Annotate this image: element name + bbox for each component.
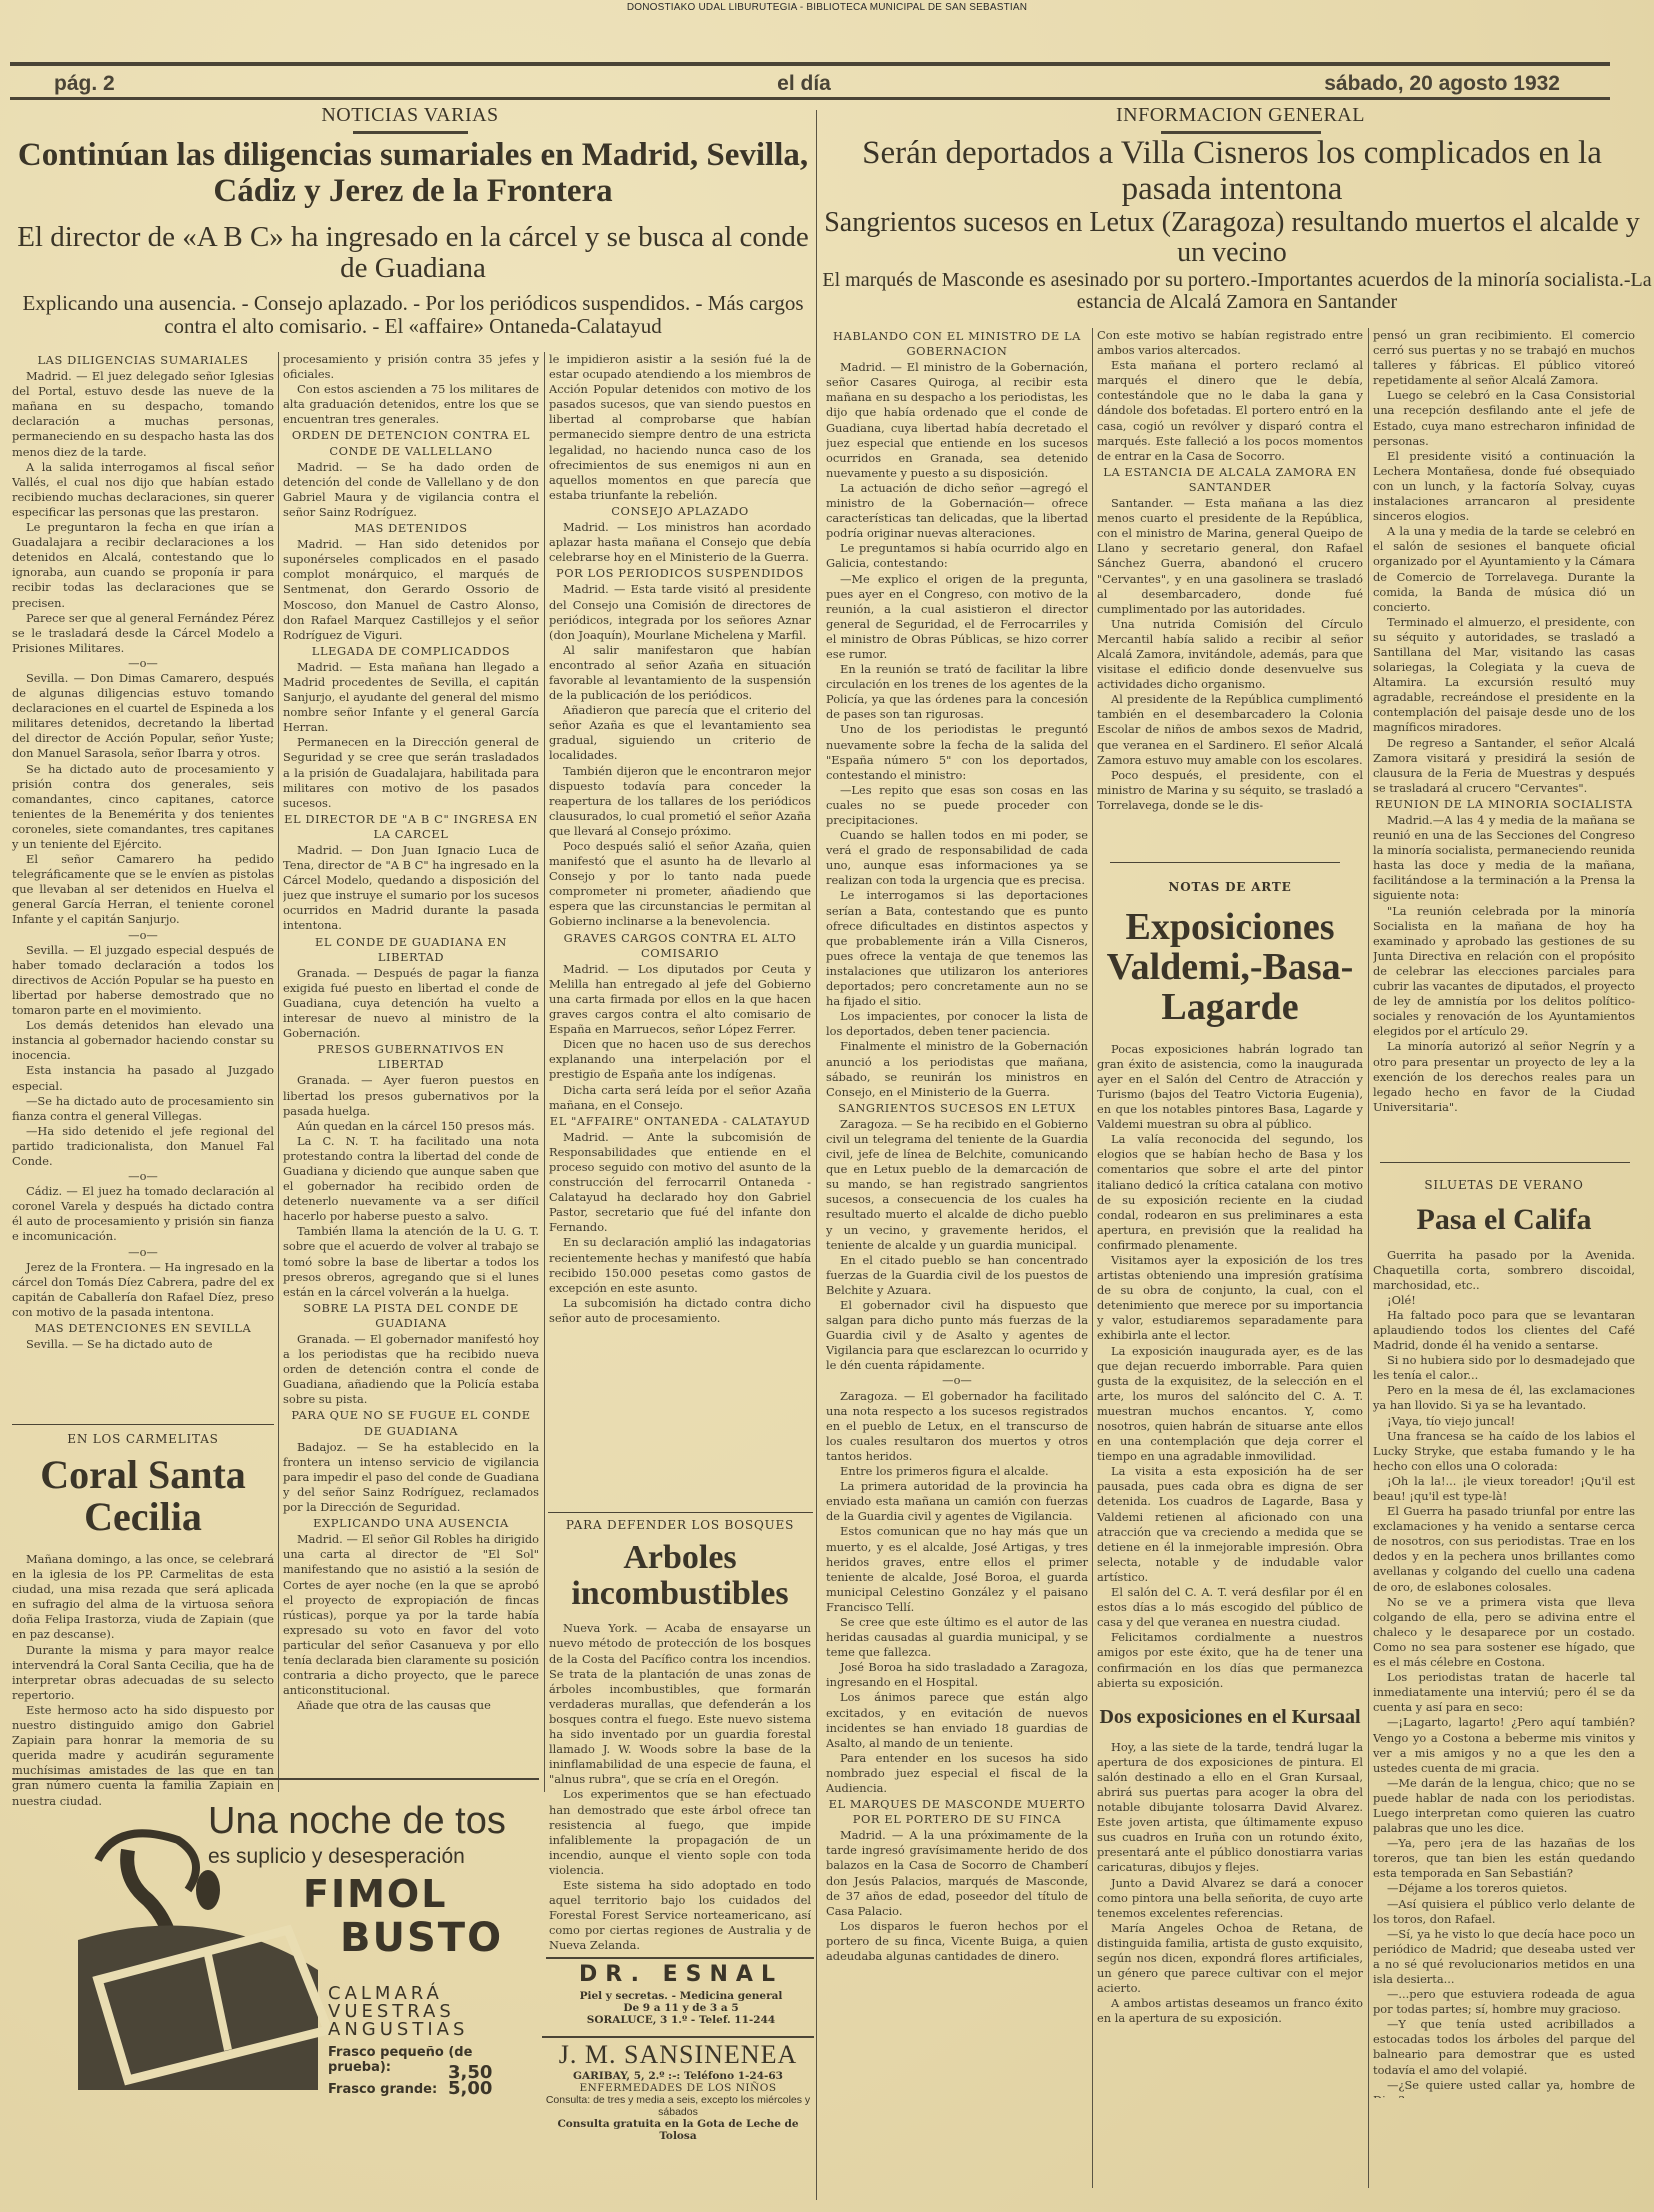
article-paragraph: A ambos artistas deseamos un franco éxit…: [1097, 1996, 1363, 2026]
article-paragraph: procesamiento y prisión contra 35 jefes …: [283, 352, 539, 382]
article-paragraph: —Déjame a los toreros quietos.: [1373, 1881, 1635, 1896]
article-paragraph: La visita a esta exposición ha de ser pa…: [1097, 1464, 1363, 1585]
section-title-noticias: NOTICIAS VARIAS: [0, 104, 820, 127]
article-paragraph: Madrid. — El señor Gil Robles ha dirigid…: [283, 1532, 539, 1698]
article-paragraph: El gobernador civil ha dispuesto que sal…: [826, 1298, 1088, 1373]
califa-kicker: SILUETAS DE VERANO: [1373, 1178, 1635, 1192]
article-paragraph: Aún quedan en la cárcel 150 presos más.: [283, 1119, 539, 1134]
ad-tagline-1: Una noche de tos: [208, 1800, 506, 1843]
article-paragraph: Los disparos le fueron hechos por el por…: [826, 1919, 1088, 1964]
dr-esnal-address: SORALUCE, 3 1.º - Telef. 11-244: [548, 2014, 814, 2026]
article-paragraph: El Guerra ha pasado triunfal por entre l…: [1373, 1504, 1635, 1595]
coral-body: Mañana domingo, a las once, se celebrará…: [12, 1552, 274, 1809]
ad-claim-line: ANGUSTIAS: [328, 2021, 468, 2039]
article-paragraph: El presidente visitó a continuación la L…: [1373, 449, 1635, 524]
article-paragraph: Madrid. — Se ha dado orden de detención …: [283, 460, 539, 520]
article-paragraph: Los demás detenidos han elevado una inst…: [12, 1018, 274, 1063]
califa-body: Guerrita ha pasado por la Avenida. Chaqu…: [1373, 1248, 1635, 2098]
article-paragraph: La subcomisión ha dictado contra dicho s…: [549, 1296, 811, 1326]
article-paragraph: Los impacientes, por conocer la lista de…: [826, 1009, 1088, 1039]
article-paragraph: A la una y media de la tarde se celebró …: [1373, 524, 1635, 615]
article-paragraph: —Y que tenía usted acribillados a estoca…: [1373, 2017, 1635, 2077]
article-subheading: HABLANDO CON EL MINISTRO DE LA GOBERNACI…: [826, 329, 1088, 359]
article-paragraph: María Angeles Ochoa de Retana, de distin…: [1097, 1921, 1363, 1996]
article-paragraph: Hoy, a las siete de la tarde, tendrá lug…: [1097, 1740, 1363, 1876]
article-paragraph: Este hermoso acto ha sido dispuesto por …: [12, 1703, 274, 1809]
article-paragraph: Los experimentos que se han efectuado ha…: [549, 1787, 811, 1878]
article-paragraph: Añadieron que parecía que el criterio de…: [549, 703, 811, 763]
arte-title: Exposiciones Valdemi,-Basa-Lagarde: [1097, 908, 1363, 1028]
article-paragraph: Esta mañana el portero reclamó al marqué…: [1097, 358, 1363, 464]
article-paragraph: Guerrita ha pasado por la Avenida. Chaqu…: [1373, 1248, 1635, 1293]
column-divider: [1368, 328, 1369, 2188]
article-column-left-2: procesamiento y prisión contra 35 jefes …: [283, 352, 539, 1792]
article-subheading: EL MARQUES DE MASCONDE MUERTO POR EL POR…: [826, 1797, 1088, 1827]
right-section-header: INFORMACION GENERAL: [827, 104, 1654, 134]
article-paragraph: Felicitamos cordialmente a nuestros amig…: [1097, 1630, 1363, 1690]
article-paragraph: Cádiz. — El juez ha tomado declaración a…: [12, 1184, 274, 1244]
article-column-left-1: LAS DILIGENCIAS SUMARIALESMadrid. — El j…: [12, 352, 274, 1442]
article-paragraph: El salón del C. A. T. verá desfilar por …: [1097, 1585, 1363, 1630]
article-paragraph: Añade que otra de las causas que: [283, 1698, 539, 1713]
article-subheading: REUNION DE LA MINORIA SOCIALISTA: [1373, 797, 1635, 812]
article-paragraph: —¡Lagarto, lagarto! ¿Pero aquí también? …: [1373, 1715, 1635, 1775]
article-paragraph: Se cree que este último es el autor de l…: [826, 1615, 1088, 1660]
article-paragraph: Finalmente el ministro de la Gobernación…: [826, 1039, 1088, 1099]
article-paragraph: Le interrogamos si las deportaciones ser…: [826, 888, 1088, 1009]
coral-title: Coral Santa Cecilia: [12, 1454, 274, 1538]
article-paragraph: —...pero que estuviera rodeada de agua p…: [1373, 1987, 1635, 2017]
article-paragraph: La primera autoridad de la provincia ha …: [826, 1479, 1088, 1524]
issue-date: sábado, 20 agosto 1932: [1324, 72, 1560, 96]
article-paragraph: De regreso a Santander, el señor Alcalá …: [1373, 736, 1635, 796]
sansinenea-advertisement: J. M. SANSINENEA GARIBAY, 5, 2.º :-: Tel…: [542, 2040, 814, 2142]
column-divider: [278, 352, 279, 1792]
article-paragraph: Madrid.—A las 4 y media de la mañana se …: [1373, 813, 1635, 904]
article-column-right-2: Con este motivo se habían registrado ent…: [1097, 328, 1363, 868]
article-paragraph: En el citado pueblo se han concentrado f…: [826, 1253, 1088, 1298]
sansinenea-free-consult: Consulta gratuita en la Gota de Leche de…: [542, 2118, 814, 2142]
divider: [12, 1424, 274, 1425]
article-paragraph: "La reunión celebrada por la minoría Soc…: [1373, 904, 1635, 1040]
article-subheading: GRAVES CARGOS CONTRA EL ALTO COMISARIO: [549, 931, 811, 961]
article-paragraph: Con este motivo se habían registrado ent…: [1097, 328, 1363, 358]
price-large-value: 5,00: [448, 2078, 492, 2099]
section-title-informacion: INFORMACION GENERAL: [827, 104, 1654, 127]
califa-title: Pasa el Califa: [1373, 1204, 1635, 1236]
article-subheading: SOBRE LA PISTA DEL CONDE DE GUADIANA: [283, 1301, 539, 1331]
article-paragraph: Una nutrida Comisión del Círculo Mercant…: [1097, 617, 1363, 692]
article-paragraph: Terminado el almuerzo, el presidente, co…: [1373, 615, 1635, 736]
article-paragraph: Esta instancia ha pasado al Juzgado espe…: [12, 1063, 274, 1093]
subheadline-left: El director de «A B C» ha ingresado en l…: [8, 222, 818, 285]
masthead-rule-top: [10, 62, 1610, 66]
article-paragraph: Granada. — Después de pagar la fianza ex…: [283, 966, 539, 1041]
article-paragraph: Le preguntamos si había ocurrido algo en…: [826, 541, 1088, 571]
article-paragraph: Se ha dictado auto de procesamiento y pr…: [12, 762, 274, 853]
article-paragraph: El señor Camarero ha pedido telegráficam…: [12, 852, 274, 927]
article-subheading: MAS DETENCIONES EN SEVILLA: [12, 1321, 274, 1336]
arte-article: NOTAS DE ARTE Exposiciones Valdemi,-Basa…: [1097, 880, 1363, 2026]
article-subheading: EL "AFFAIRE" ONTANEDA - CALATAYUD: [549, 1114, 811, 1129]
article-subheading: EL DIRECTOR DE "A B C" INGRESA EN LA CAR…: [283, 812, 539, 842]
article-paragraph: Si no hubiera sido por lo desmadejado qu…: [1373, 1353, 1635, 1383]
article-paragraph: Nueva York. — Acaba de ensayarse un nuev…: [549, 1621, 811, 1787]
coral-article: EN LOS CARMELITAS Coral Santa Cecilia Ma…: [12, 1432, 274, 1809]
arboles-article: PARA DEFENDER LOS BOSQUES Arboles incomb…: [549, 1518, 811, 1953]
article-paragraph: —Ha sido detenido el jefe regional del p…: [12, 1124, 274, 1169]
kursaal-title: Dos exposiciones en el Kursaal: [1097, 1707, 1363, 1728]
arboles-body: Nueva York. — Acaba de ensayarse un nuev…: [549, 1621, 811, 1953]
ad-claim: CALMARÁ VUESTRAS ANGUSTIAS: [328, 1985, 468, 2039]
dr-esnal-line: Piel y secretas. - Medicina general: [548, 1990, 814, 2002]
article-subheading: LAS DILIGENCIAS SUMARIALES: [12, 353, 274, 368]
separator: —o—: [12, 656, 274, 671]
divider: [548, 1512, 813, 1513]
article-paragraph: ¡Vaya, tío viejo juncal!: [1373, 1414, 1635, 1429]
masthead-rule-bottom: [10, 97, 1610, 100]
article-paragraph: Dicha carta será leída por el señor Azañ…: [549, 1083, 811, 1113]
article-paragraph: Una francesa se ha caído de los labios e…: [1373, 1429, 1635, 1474]
subheadline-right: Sangrientos sucesos en Letux (Zaragoza) …: [822, 208, 1642, 268]
arte-kicker: NOTAS DE ARTE: [1097, 880, 1363, 894]
article-paragraph: Al salir manifestaron que habían encontr…: [549, 643, 811, 703]
article-paragraph: No se ve a primera vista que lleva colga…: [1373, 1595, 1635, 1670]
article-subheading: EL CONDE DE GUADIANA EN LIBERTAD: [283, 935, 539, 965]
article-paragraph: Madrid. — Los diputados por Ceuta y Meli…: [549, 962, 811, 1037]
ad-price-large-label: Frasco grande:: [328, 2082, 437, 2097]
article-paragraph: Al presidente de la República cumpliment…: [1097, 692, 1363, 767]
article-paragraph: La valía reconocida del segundo, los elo…: [1097, 1132, 1363, 1253]
article-paragraph: Zaragoza. — Se ha recibido en el Gobiern…: [826, 1117, 1088, 1253]
sansinenea-address: GARIBAY, 5, 2.º :-: Teléfono 1-24-63: [542, 2070, 814, 2082]
article-paragraph: —Me darán de la lengua, chico; que no se…: [1373, 1776, 1635, 1836]
article-paragraph: Madrid. — El ministro de la Gobernación,…: [826, 360, 1088, 481]
separator: —o—: [12, 1169, 274, 1184]
article-paragraph: Madrid. — El juez delegado señor Iglesia…: [12, 369, 274, 460]
article-paragraph: José Boroa ha sido trasladado a Zaragoza…: [826, 1660, 1088, 1690]
article-paragraph: También llama la atención de la U. G. T.…: [283, 1224, 539, 1299]
article-paragraph: Granada. — Ayer fueron puestos en libert…: [283, 1073, 539, 1118]
article-paragraph: Madrid. — Los ministros han acordado apl…: [549, 520, 811, 565]
article-paragraph: —Les repito que esas son cosas en las cu…: [826, 783, 1088, 828]
ad-divider: [542, 2036, 814, 2038]
article-paragraph: Uno de los periodistas le preguntó nueva…: [826, 722, 1088, 782]
sansinenea-name: J. M. SANSINENEA: [542, 2040, 814, 2070]
article-paragraph: Junto a David Alvarez se dará a conocer …: [1097, 1876, 1363, 1921]
article-paragraph: Dicen que no hacen uso de sus derechos e…: [549, 1037, 811, 1082]
article-subheading: CONSEJO APLAZADO: [549, 504, 811, 519]
article-column-right-3: pensó un gran recibimiento. El comercio …: [1373, 328, 1635, 1128]
article-paragraph: Los periodistas tratan de hacerle tal in…: [1373, 1670, 1635, 1715]
coral-kicker: EN LOS CARMELITAS: [12, 1432, 274, 1446]
ad-divider: [12, 1778, 539, 1780]
ad-divider: [546, 1957, 814, 1959]
article-paragraph: Madrid. — Ante la subcomisión de Respons…: [549, 1130, 811, 1236]
article-paragraph: Le preguntaron la fecha en que irían a G…: [12, 520, 274, 611]
deck-right: El marqués de Masconde es asesinado por …: [822, 270, 1652, 313]
article-paragraph: Sevilla. — El juzgado especial después d…: [12, 943, 274, 1018]
article-paragraph: Entre los primeros figura el alcalde.: [826, 1464, 1088, 1479]
article-paragraph: A la salida interrogamos al fiscal señor…: [12, 460, 274, 520]
article-paragraph: También dijeron que le encontraron mejor…: [549, 764, 811, 839]
headline-left: Continúan las diligencias sumariales en …: [8, 138, 818, 209]
article-paragraph: —Se ha dictado auto de procesamiento sin…: [12, 1094, 274, 1124]
article-paragraph: Parece ser que al general Fernández Pére…: [12, 611, 274, 656]
dr-esnal-advertisement: DR. ESNAL Piel y secretas. - Medicina ge…: [548, 1962, 814, 2026]
article-paragraph: Poco después salió el señor Azaña, quien…: [549, 839, 811, 930]
article-paragraph: Poco después, el presidente, con el mini…: [1097, 768, 1363, 813]
article-paragraph: —Así quisiera el público verlo delante d…: [1373, 1897, 1635, 1927]
article-paragraph: La exposición inaugurada ayer, es de las…: [1097, 1344, 1363, 1465]
deck-left: Explicando una ausencia. - Consejo aplaz…: [8, 292, 818, 337]
column-divider-main: [816, 110, 817, 2200]
separator: —o—: [12, 928, 274, 943]
sansinenea-specialty: ENFERMEDADES DE LOS NIÑOS: [542, 2082, 814, 2094]
article-paragraph: Badajoz. — Se ha establecido en la front…: [283, 1440, 539, 1515]
dr-esnal-name: DR. ESNAL: [548, 1962, 814, 1987]
article-paragraph: le impidieron asistir a la sesión fué la…: [549, 352, 811, 503]
article-paragraph: Pocas exposiciones habrán logrado tan gr…: [1097, 1042, 1363, 1133]
article-paragraph: La actuación de dicho señor —agregó el m…: [826, 481, 1088, 541]
article-paragraph: Madrid. — Esta tarde visitó al president…: [549, 582, 811, 642]
headline-right: Serán deportados a Villa Cisneros los co…: [822, 136, 1642, 207]
sansinenea-hours: Consulta: de tres y media a seis, except…: [542, 2094, 814, 2118]
article-paragraph: Madrid. — Esta mañana han llegado a Madr…: [283, 660, 539, 735]
article-paragraph: Para entender en los sucesos ha sido nom…: [826, 1751, 1088, 1796]
divider: [1380, 1162, 1630, 1163]
article-subheading: PARA QUE NO SE FUGUE EL CONDE DE GUADIAN…: [283, 1408, 539, 1438]
article-paragraph: —¿Se quiere usted callar ya, hombre de D…: [1373, 2078, 1635, 2098]
article-paragraph: ¡Olé!: [1373, 1293, 1635, 1308]
article-paragraph: Mañana domingo, a las once, se celebrará…: [12, 1552, 274, 1643]
fimol-busto-advertisement: Una noche de tos es suplicio y desespera…: [58, 1800, 528, 2100]
kursaal-body: Hoy, a las siete de la tarde, tendrá lug…: [1097, 1740, 1363, 2027]
article-subheading: MAS DETENIDOS: [283, 521, 539, 536]
ad-price-small-label: Frasco pequeño (de prueba):: [328, 2045, 528, 2075]
masthead: pág. 2 el día sábado, 20 agosto 1932: [44, 70, 1564, 98]
article-paragraph: ¡Oh la la!... ¡le vieux toreador! ¡Qu'il…: [1373, 1474, 1635, 1504]
article-paragraph: —Ya, pero ¡era de las hazañas de los tor…: [1373, 1836, 1635, 1881]
article-subheading: LLEGADA DE COMPLICADDOS: [283, 644, 539, 659]
library-credit: DONOSTIAKO UDAL LIBURUTEGIA - BIBLIOTECA…: [0, 2, 1654, 13]
article-paragraph: En su declaración amplió las indagatoria…: [549, 1235, 811, 1295]
separator: —o—: [12, 1245, 274, 1260]
divider: [1110, 862, 1340, 863]
califa-article: SILUETAS DE VERANO Pasa el Califa Guerri…: [1373, 1178, 1635, 2098]
left-section-header: NOTICIAS VARIAS: [0, 104, 820, 134]
ad-price-large: 5,00: [448, 2078, 492, 2099]
article-column-right-1: HABLANDO CON EL MINISTRO DE LA GOBERNACI…: [826, 328, 1088, 2188]
article-paragraph: Permanecen en la Dirección general de Se…: [283, 735, 539, 810]
arte-body: Pocas exposiciones habrán logrado tan gr…: [1097, 1042, 1363, 1691]
article-paragraph: Luego se celebró en la Casa Consistorial…: [1373, 388, 1635, 448]
article-paragraph: Jerez de la Frontera. — Ha ingresado en …: [12, 1260, 274, 1320]
article-paragraph: Zaragoza. — El gobernador ha facilitado …: [826, 1389, 1088, 1464]
column-divider: [1092, 328, 1093, 2188]
article-paragraph: Ha faltado poco para que se levantaran a…: [1373, 1308, 1635, 1353]
ad-brand-1: FIMOL: [303, 1872, 447, 1916]
article-column-left-3: le impidieron asistir a la sesión fué la…: [549, 352, 811, 1502]
dr-esnal-hours: De 9 a 11 y de 3 a 5: [548, 2002, 814, 2014]
ad-brand-2: BUSTO: [340, 1915, 503, 1961]
article-paragraph: pensó un gran recibimiento. El comercio …: [1373, 328, 1635, 388]
column-divider: [544, 352, 545, 1792]
article-paragraph: —Me explico el origen de la pregunta, pu…: [826, 572, 1088, 663]
article-paragraph: Durante la misma y para mayor realce int…: [12, 1643, 274, 1703]
article-subheading: PRESOS GUBERNATIVOS EN LIBERTAD: [283, 1042, 539, 1072]
article-paragraph: Este sistema ha sido adoptado en todo aq…: [549, 1878, 811, 1953]
article-paragraph: Los ánimos parece que están algo excitad…: [826, 1690, 1088, 1750]
article-paragraph: Granada. — El gobernador manifestó hoy a…: [283, 1332, 539, 1407]
article-paragraph: En la reunión se trató de facilitar la l…: [826, 662, 1088, 722]
separator: —o—: [826, 1373, 1088, 1388]
arboles-title: Arboles incombustibles: [549, 1540, 811, 1611]
article-paragraph: Madrid. — Han sido detenidos por suponér…: [283, 537, 539, 643]
article-paragraph: Madrid. — Don Juan Ignacio Luca de Tena,…: [283, 843, 539, 934]
article-paragraph: Pero en la mesa de él, las exclamaciones…: [1373, 1383, 1635, 1413]
article-subheading: ORDEN DE DETENCION CONTRA EL CONDE DE VA…: [283, 428, 539, 458]
section-underline: [353, 131, 468, 134]
article-paragraph: Madrid. — A la una próximamente de la ta…: [826, 1828, 1088, 1919]
article-subheading: EXPLICANDO UNA AUSENCIA: [283, 1516, 539, 1531]
article-paragraph: Visitamos ayer la exposición de los tres…: [1097, 1253, 1363, 1344]
article-subheading: POR LOS PERIODICOS SUSPENDIDOS: [549, 566, 811, 581]
article-paragraph: La minoría autorizó al señor Negrín y a …: [1373, 1039, 1635, 1114]
article-paragraph: Sevilla. — Se ha dictado auto de: [12, 1337, 274, 1352]
article-subheading: LA ESTANCIA DE ALCALA ZAMORA EN SANTANDE…: [1097, 465, 1363, 495]
article-paragraph: Santander. — Esta mañana a las diez meno…: [1097, 496, 1363, 617]
article-paragraph: Sevilla. — Don Dimas Camarero, después d…: [12, 671, 274, 762]
article-paragraph: Cuando se hallen todos en mi poder, se v…: [826, 828, 1088, 888]
article-paragraph: Con estos ascienden a 75 los militares d…: [283, 382, 539, 427]
arboles-kicker: PARA DEFENDER LOS BOSQUES: [549, 1518, 811, 1532]
article-paragraph: —Sí, ya he visto lo que decía hace poco …: [1373, 1927, 1635, 1987]
article-subheading: SANGRIENTOS SUCESOS EN LETUX: [826, 1101, 1088, 1116]
article-paragraph: La C. N. T. ha facilitado una nota prote…: [283, 1134, 539, 1225]
section-underline: [1161, 131, 1321, 134]
ad-tagline-2: es suplicio y desesperación: [208, 1845, 465, 1869]
article-paragraph: Estos comunican que no hay más que un mu…: [826, 1524, 1088, 1615]
